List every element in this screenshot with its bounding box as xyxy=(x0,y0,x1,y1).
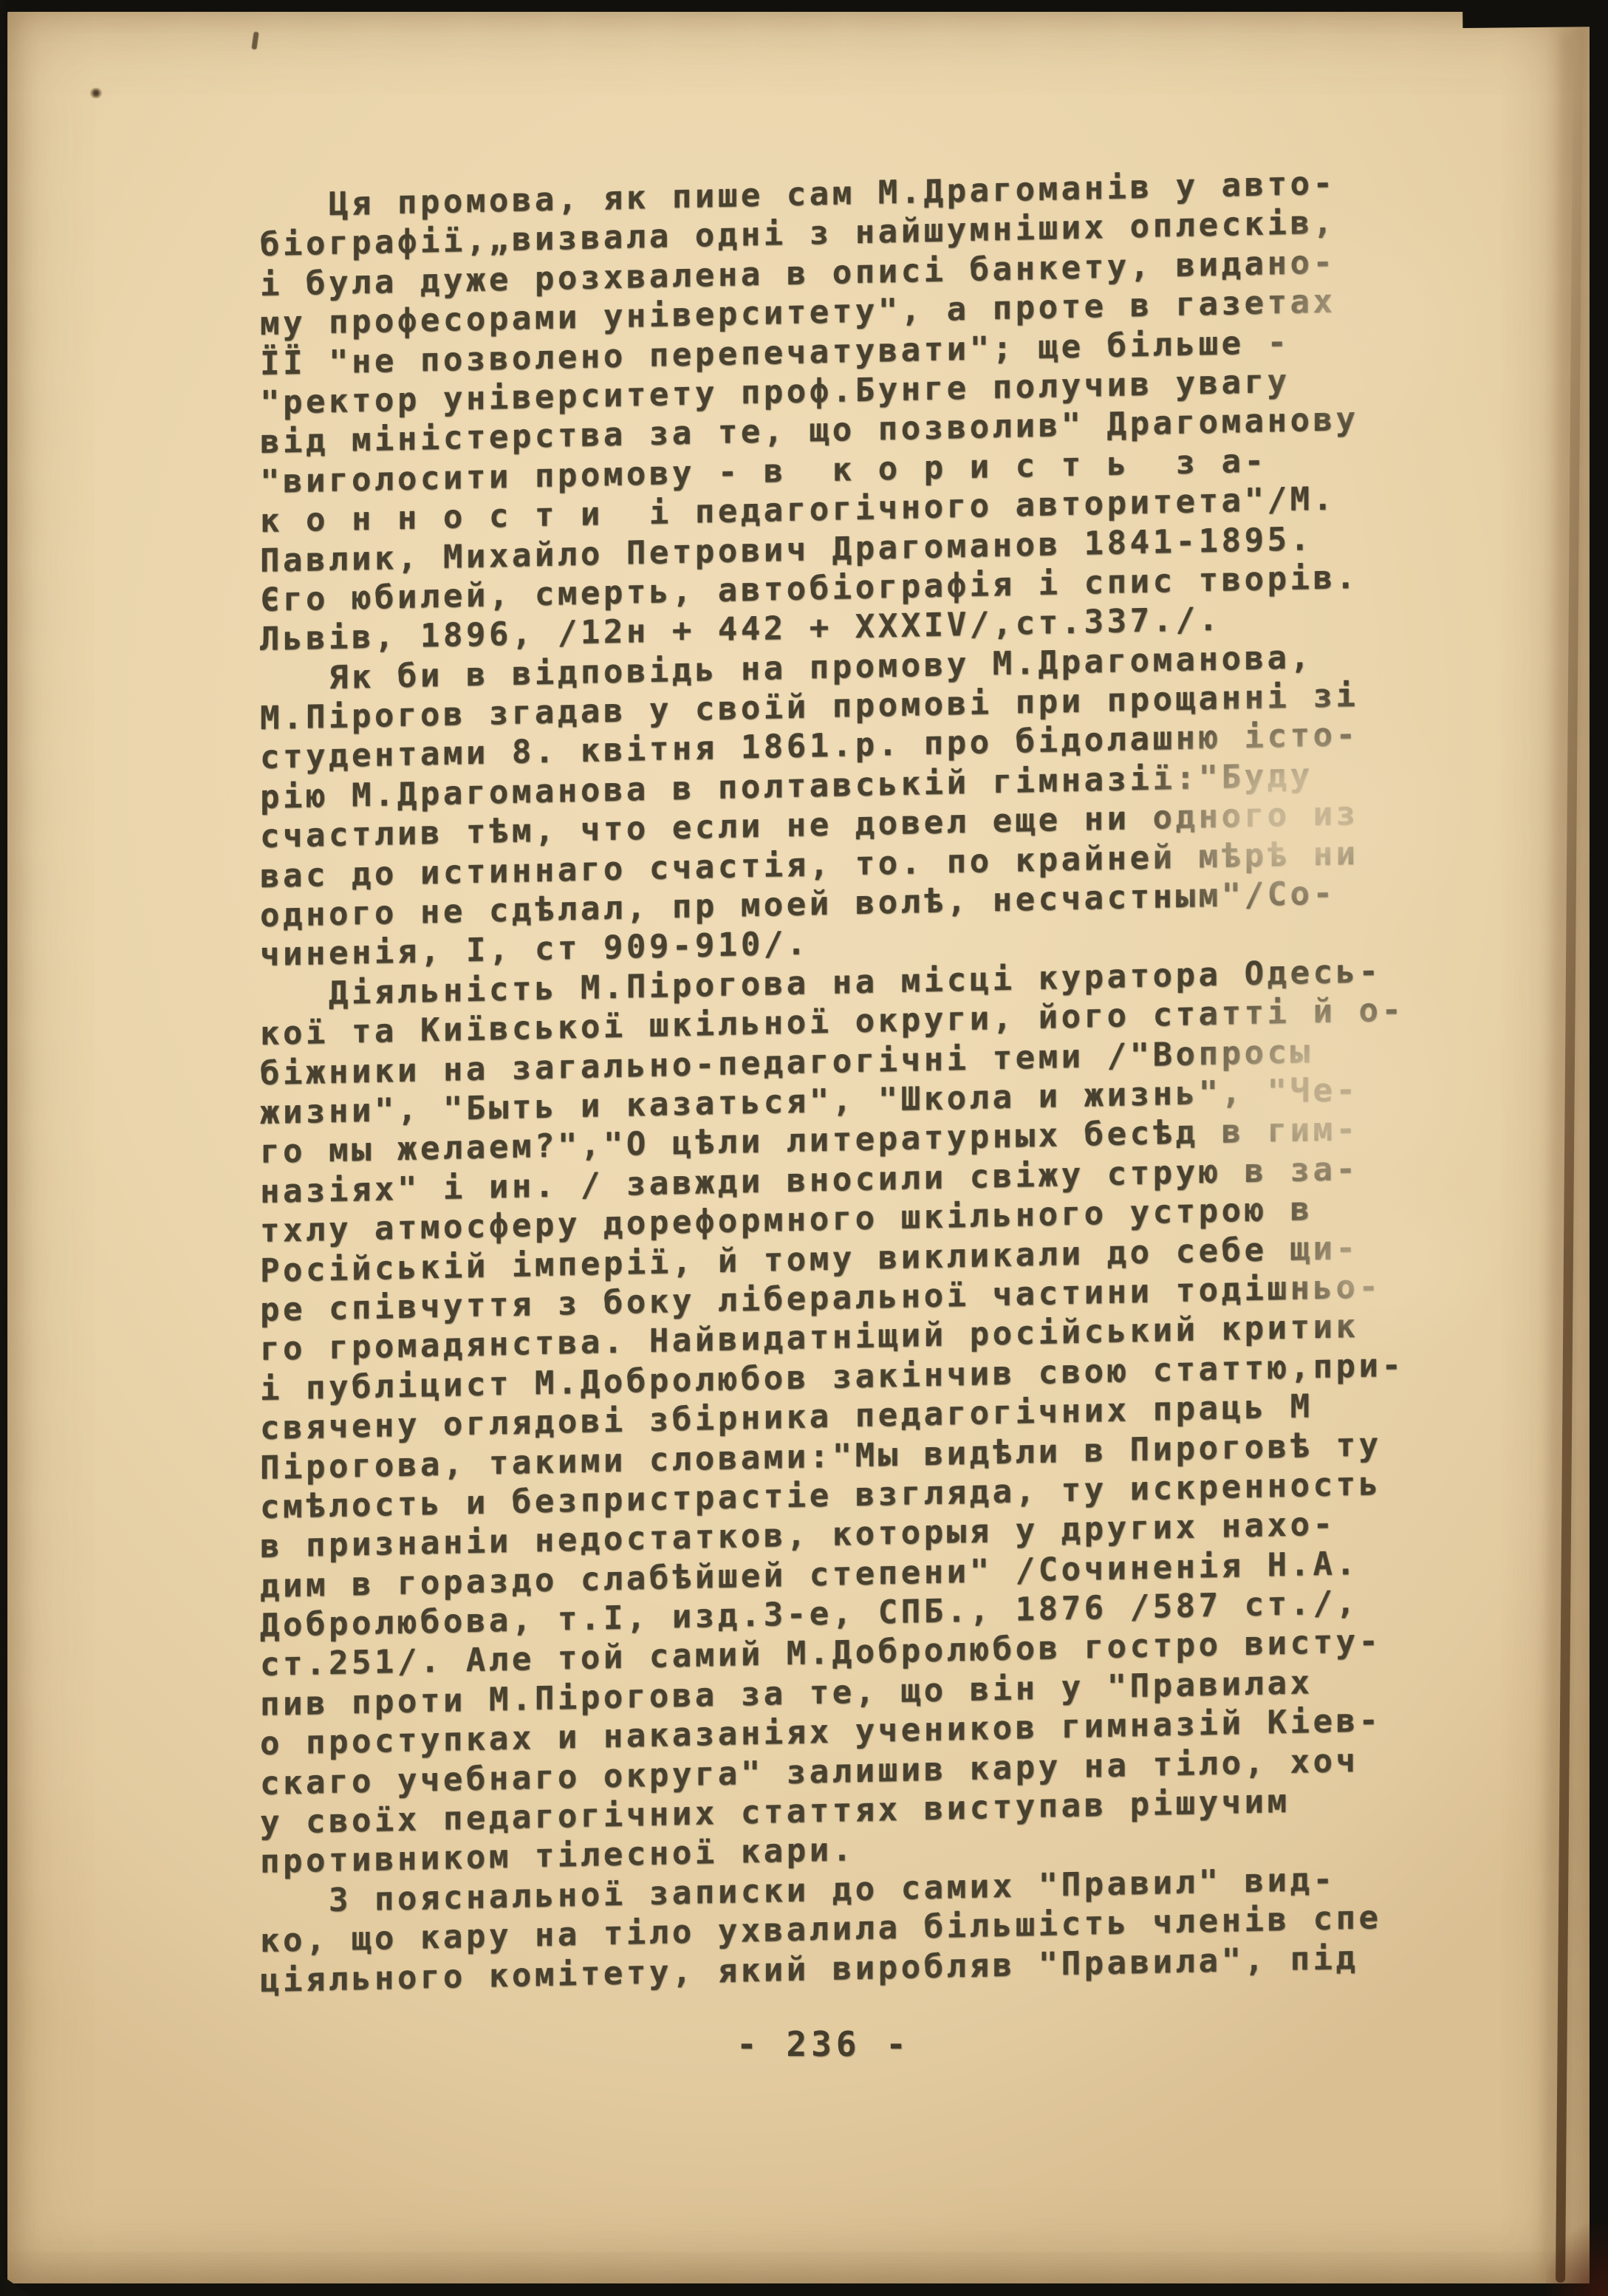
scan-edge-right xyxy=(1590,0,1608,2296)
scan-edge-top xyxy=(0,0,1608,12)
paragraph: Як би в відповідь на промову М.Драгомано… xyxy=(260,634,1471,974)
stray-mark-tick xyxy=(251,32,259,50)
page-number: - 236 - xyxy=(736,2024,911,2064)
scan-edge-bottom xyxy=(0,2283,1608,2296)
scan-corner-tint xyxy=(1545,2222,1608,2296)
scan-edge-left xyxy=(0,0,8,2296)
paragraph: З пояснальної записки до самих "Правил" … xyxy=(260,1856,1471,2001)
text-block: Ця промова, як пише сам М.Драгоманів у а… xyxy=(260,161,1471,2001)
ink-smudge-dot xyxy=(90,88,102,98)
scan-edge-top-right xyxy=(1462,0,1608,28)
paragraph: Ця промова, як пише сам М.Драгоманів у а… xyxy=(260,161,1471,660)
paragraph: Діяльність М.Пірогова на місці куратора … xyxy=(260,949,1471,1882)
